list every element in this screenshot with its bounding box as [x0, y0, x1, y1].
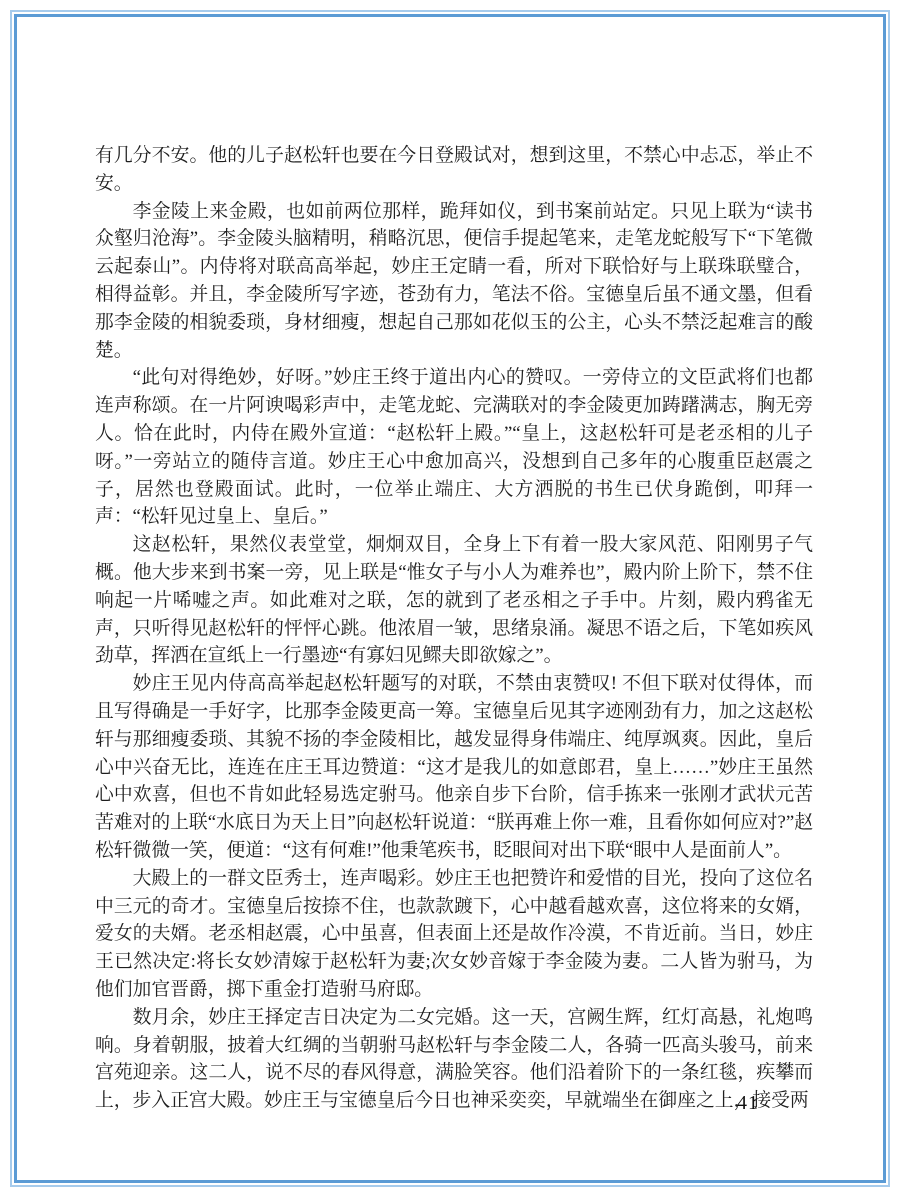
paragraph: “此句对得绝妙，好呀。”妙庄王终于道出内心的赞叹。一旁侍立的文臣武将们也都连声称…: [95, 364, 813, 531]
paragraph: 有几分不安。他的儿子赵松轩也要在今日登殿试对，想到这里，不禁心中忐忑，举止不安。: [95, 142, 813, 198]
paragraph: 这赵松轩，果然仪表堂堂，炯炯双目，全身上下有着一股大家风范、阳刚男子气概。他大步…: [95, 531, 813, 670]
text-body: 有几分不安。他的儿子赵松轩也要在今日登殿试对，想到这里，不禁心中忐忑，举止不安。…: [95, 142, 813, 1115]
page-number: 41: [728, 1092, 768, 1115]
paragraph: 妙庄王见内侍高高举起赵松轩题写的对联，不禁由衷赞叹! 不但下联对仗得体，而且写得…: [95, 670, 813, 865]
paragraph: 李金陵上来金殿，也如前两位那样，跪拜如仪，到书案前站定。只见上联为“读书众壑归沧…: [95, 198, 813, 365]
paragraph: 大殿上的一群文臣秀士，连声喝彩。妙庄王也把赞许和爱惜的目光，投向了这位名中三元的…: [95, 865, 813, 1004]
paragraph: 数月余，妙庄王择定吉日决定为二女完婚。这一天，宫阙生辉，红灯高悬，礼炮鸣响。身着…: [95, 1004, 813, 1115]
document-page: 有几分不安。他的儿子赵松轩也要在今日登殿试对，想到这里，不禁心中忐忑，举止不安。…: [0, 0, 900, 1197]
